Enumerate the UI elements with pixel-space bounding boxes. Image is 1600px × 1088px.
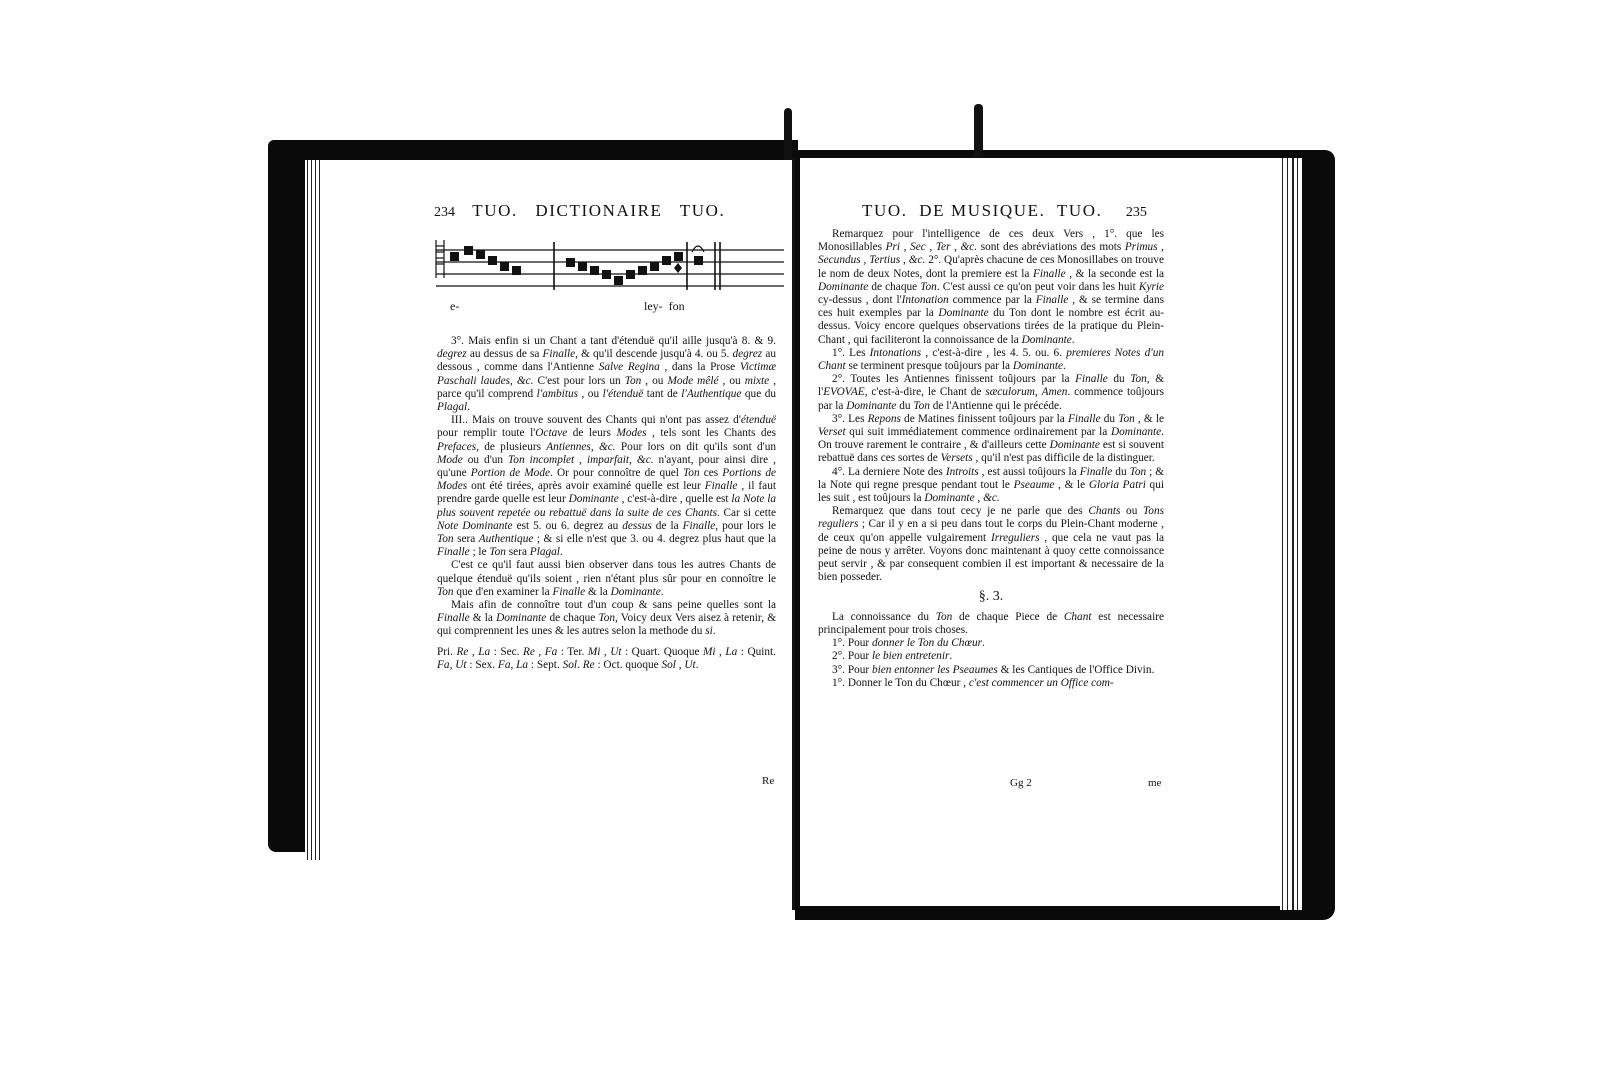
plainchant-music-example	[434, 238, 784, 300]
header-title: TUO. DE MUSIQUE. TUO.	[862, 201, 1102, 220]
section-heading: §. 3.	[818, 590, 1164, 603]
catchword: me	[1148, 777, 1161, 789]
paragraph: 1°. Les Intonations , c'est-à-dire , les…	[818, 347, 1164, 373]
paragraph: Mais afin de connoître tout d'un coup & …	[437, 599, 776, 639]
paragraph: La connoissance du Ton de chaque Piece d…	[818, 611, 1164, 637]
mnemonic-verse: Pri. Re , La : Sec. Re , Fa : Ter. Mi , …	[437, 646, 776, 672]
paragraph: 3°. Les Repons de Matines finissent toûj…	[818, 413, 1164, 466]
page-number: 235	[1126, 205, 1147, 220]
bookmark-ribbon-right	[974, 104, 983, 160]
lyric-syllable: ley- fon	[644, 299, 685, 314]
right-running-head: TUO. DE MUSIQUE. TUO. 235	[862, 201, 1147, 221]
left-running-head: 234 TUO. DICTIONAIRE TUO.	[434, 201, 725, 221]
page-edges-left	[305, 160, 323, 860]
paragraph: C'est ce qu'il faut aussi bien observer …	[437, 559, 776, 599]
paragraph: 3°. Pour bien entonner les Pseaumes & le…	[818, 664, 1164, 677]
right-body-text: Remarquez pour l'intelligence de ces deu…	[818, 228, 1164, 690]
signature-mark: Gg 2	[1010, 777, 1032, 789]
paragraph: Remarquez pour l'intelligence de ces deu…	[818, 228, 1164, 347]
paragraph: 2°. Pour le bien entretenir.	[818, 650, 1164, 663]
paragraph: Remarquez que dans tout cecy je ne parle…	[818, 505, 1164, 584]
paragraph: 4°. La derniere Note des Introits , est …	[818, 466, 1164, 506]
page-edges-right	[1280, 158, 1302, 910]
page-number: 234	[434, 205, 455, 220]
bookmark-ribbon-left	[784, 108, 792, 160]
paragraph: 1°. Donner le Ton du Chœur , c'est comme…	[818, 677, 1164, 690]
paragraph: 2°. Toutes les Antiennes finissent toûjo…	[818, 373, 1164, 413]
left-body-text: 3°. Mais enfin si un Chant a tant d'éten…	[437, 335, 776, 672]
paragraph: 1°. Pour donner le Ton du Chœur.	[818, 637, 1164, 650]
book-spine	[792, 158, 795, 910]
paragraph: III.. Mais on trouve souvent des Chants …	[437, 414, 776, 559]
paragraph: 3°. Mais enfin si un Chant a tant d'éten…	[437, 335, 776, 414]
catchword: Re	[762, 775, 774, 787]
header-title: TUO. DICTIONAIRE TUO.	[472, 201, 725, 220]
lyric-syllable: e-	[450, 299, 459, 314]
